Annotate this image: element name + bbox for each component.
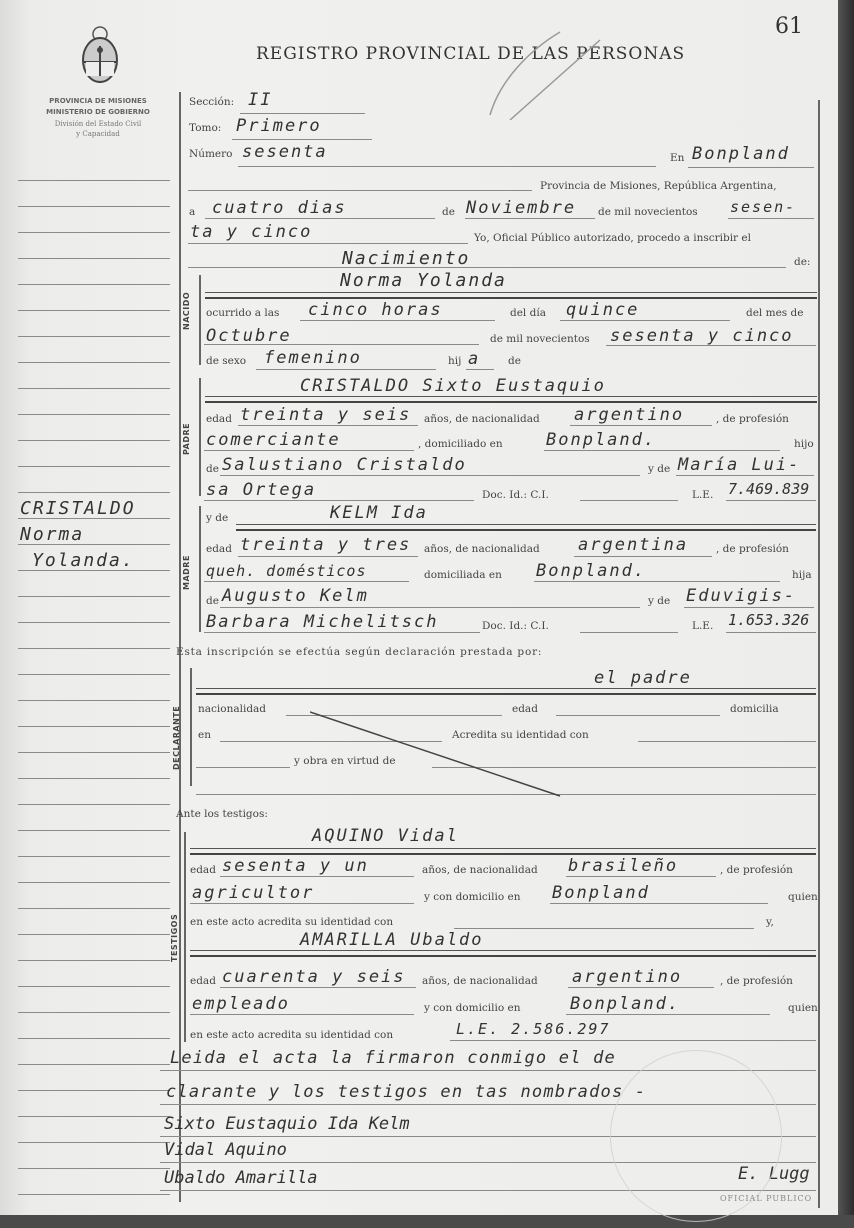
padre-edad-value: treinta y seis — [240, 405, 411, 425]
ocurrido-label: ocurrido a las — [206, 307, 279, 319]
nacido-anio-value: sesenta y cinco — [610, 326, 794, 346]
margin-rule — [18, 960, 170, 961]
margin-note-name2: Yolanda. — [32, 550, 135, 571]
madre-y-de-label-2: y de — [648, 595, 670, 607]
testigo2-edad-value: cuarenta y seis — [222, 967, 406, 987]
signature-testigo-1: Vidal Aquino — [164, 1140, 287, 1160]
document-title: REGISTRO PROVINCIAL DE LAS PERSONAS — [256, 44, 685, 64]
padre-le-label: L.E. — [692, 489, 713, 501]
testigo1-anios-label: años, de nacionalidad — [422, 864, 538, 876]
testigo2-nacionalidad-value: argentino — [572, 967, 682, 987]
padre-domicilio-value: Bonpland. — [546, 430, 656, 450]
testigo1-edad-label: edad — [190, 864, 216, 876]
margin-rule — [18, 336, 170, 337]
margin-note-name1: Norma — [20, 524, 84, 545]
margin-rule — [18, 440, 170, 441]
declarante-domicilia-label: domicilia — [730, 703, 779, 715]
fecha-dia-value: cuatro dias — [212, 198, 347, 218]
coat-of-arms-icon — [76, 24, 124, 86]
testigo1-nombre: AQUINO Vidal — [312, 826, 459, 846]
nacido-nombre: Norma Yolanda — [340, 270, 507, 291]
book-spine-edge — [838, 0, 854, 1228]
signature-testigo-2: Ubaldo Amarilla — [164, 1168, 318, 1188]
margin-rule — [18, 596, 170, 597]
padre-madre-nombre-1: María Lui- — [678, 455, 800, 475]
tomo-value: Primero — [236, 116, 322, 136]
margin-rule — [18, 622, 170, 623]
oficial-text: Yo, Oficial Público autorizado, procedo … — [474, 232, 751, 244]
madre-profesion-value: queh. domésticos — [206, 562, 367, 580]
margin-rule — [18, 882, 170, 883]
section-testigos-label: TESTIGOS — [170, 914, 179, 962]
nacido-mes-value: Octubre — [206, 326, 292, 346]
sexo-value: femenino — [264, 348, 362, 368]
nacido-dia-value: quince — [566, 300, 639, 320]
margin-rule — [18, 1012, 170, 1013]
hij-value: a — [468, 349, 480, 369]
de-colon: de: — [794, 256, 810, 268]
del-mes-label: del mes de — [746, 307, 803, 319]
padre-nacionalidad-value: argentino — [574, 405, 684, 425]
margin-rule — [18, 492, 170, 493]
fecha-anio-value-1: sesen- — [730, 198, 796, 216]
madre-profesion-label: , de profesión — [716, 543, 789, 555]
section-padre-label: PADRE — [182, 423, 191, 455]
margin-rule — [18, 206, 170, 207]
testigo1-domicilio-value: Bonpland — [552, 883, 650, 903]
declarante-strike-line — [310, 710, 570, 800]
section-declarante-label: DECLARANTE — [172, 706, 181, 770]
seccion-label: Sección: — [189, 96, 234, 108]
testigo1-quien-label: quien — [788, 891, 818, 903]
padre-hijo-label: hijo — [794, 438, 814, 450]
sexo-label: de sexo — [206, 355, 246, 367]
testigo1-domicilio-label: y con domicilio en — [424, 891, 521, 903]
madre-domicilio-label: domiciliada en — [424, 569, 502, 581]
testigo2-domicilio-value: Bonpland. — [570, 994, 680, 1014]
testigo2-profesion-label: , de profesión — [720, 975, 793, 987]
margin-rule — [18, 1090, 170, 1091]
acto-value: Nacimiento — [342, 248, 470, 269]
margin-rule — [18, 726, 170, 727]
seccion-value: II — [248, 90, 272, 110]
padre-padre-nombre: Salustiano Cristaldo — [222, 455, 467, 475]
testigo1-profesion-label: , de profesión — [720, 864, 793, 876]
testigo1-acredita-label: en este acto acredita su identidad con — [190, 916, 393, 928]
margin-rule — [18, 700, 170, 701]
mil-novecientos-text: de mil novecientos — [598, 206, 698, 218]
numero-label: Número — [189, 148, 232, 160]
margin-province: PROVINCIA DE MISIONES — [18, 96, 178, 107]
closing-line-1: Leida el acta la firmaron conmigo el de — [170, 1048, 616, 1068]
declarante-nombre: el padre — [594, 668, 692, 688]
padre-domicilio-label: , domiciliado en — [418, 438, 503, 450]
madre-anios-label: años, de nacionalidad — [424, 543, 540, 555]
margin-rule — [18, 908, 170, 909]
testigo1-profesion-value: agricultor — [192, 883, 314, 903]
margin-rule — [18, 1064, 170, 1065]
padre-nombre: CRISTALDO Sixto Eustaquio — [300, 376, 606, 396]
madre-edad-value: treinta y tres — [240, 535, 411, 555]
en-value: Bonpland — [692, 144, 790, 164]
margin-note-surname: CRISTALDO — [20, 498, 136, 519]
margin-division: División del Estado Civil — [18, 119, 178, 129]
declarante-en-label: en — [198, 729, 211, 741]
closing-line-2: clarante y los testigos en tas nombrados… — [166, 1082, 646, 1102]
nacido-hora-value: cinco horas — [308, 300, 443, 320]
margin-rule — [18, 986, 170, 987]
margin-rule — [18, 362, 170, 363]
margin-rule — [18, 934, 170, 935]
a-label: a — [189, 206, 195, 218]
madre-hija-label: hija — [792, 569, 812, 581]
tomo-label: Tomo: — [189, 122, 221, 134]
testigo1-nacionalidad-value: brasileño — [568, 856, 678, 876]
margin-rule — [18, 1116, 170, 1117]
page-bottom-shadow — [0, 1215, 854, 1228]
margin-ministry: MINISTERIO DE GOBIERNO — [18, 107, 178, 118]
padre-y-de-label: y de — [648, 463, 670, 475]
numero-value: sesenta — [242, 142, 328, 162]
madre-doc-label: Doc. Id.: C.I. — [482, 620, 549, 632]
page-number: 61 — [775, 14, 803, 39]
padre-edad-label: edad — [206, 413, 232, 425]
margin-rule — [18, 310, 170, 311]
madre-le-label: L.E. — [692, 620, 713, 632]
padre-le-value: 7.469.839 — [728, 480, 809, 498]
margin-rule — [18, 284, 170, 285]
padre-profesion-value: comerciante — [206, 430, 341, 450]
madre-padre-nombre: Augusto Kelm — [222, 586, 369, 606]
margin-rule — [18, 232, 170, 233]
madre-domicilio-value: Bonpland. — [536, 561, 646, 581]
padre-de-label: de — [206, 463, 219, 475]
margin-rule — [18, 856, 170, 857]
madre-de-label: de — [206, 595, 219, 607]
margin-rule — [18, 674, 170, 675]
provincia-text: Provincia de Misiones, República Argenti… — [540, 180, 777, 192]
testigo2-acredita-value: L.E. 2.586.297 — [456, 1020, 610, 1038]
signature-padre-madre: Sixto Eustaquio Ida Kelm — [164, 1114, 410, 1134]
section-madre-label: MADRE — [182, 555, 191, 590]
margin-rule — [18, 1168, 170, 1169]
margin-rule — [18, 388, 170, 389]
madre-nacionalidad-value: argentina — [578, 535, 688, 555]
madre-le-value: 1.653.326 — [728, 611, 809, 629]
testigo2-anios-label: años, de nacionalidad — [422, 975, 538, 987]
testigo2-nombre: AMARILLA Ubaldo — [300, 930, 484, 950]
margin-rule — [18, 778, 170, 779]
testigo2-edad-label: edad — [190, 975, 216, 987]
testigo1-edad-value: sesenta y un — [222, 856, 369, 876]
testigo2-acredita-label: en este acto acredita su identidad con — [190, 1029, 393, 1041]
testigos-intro: Ante los testigos: — [176, 808, 268, 820]
margin-rule — [18, 804, 170, 805]
de-label: de — [442, 206, 455, 218]
margin-rule — [18, 466, 170, 467]
margin-rule — [18, 414, 170, 415]
madre-nombre: KELM Ida — [330, 503, 428, 523]
section-nacido-label: NACIDO — [182, 292, 191, 330]
fecha-anio-value-2: ta y cinco — [190, 222, 312, 242]
margin-rule — [18, 648, 170, 649]
madre-edad-label: edad — [206, 543, 232, 555]
madre-y-de-label: y de — [206, 512, 228, 524]
testigo2-profesion-value: empleado — [192, 994, 290, 1014]
madre-madre-nombre-1: Eduvigis- — [686, 586, 796, 606]
testigo2-domicilio-label: y con domicilio en — [424, 1002, 521, 1014]
margin-rule — [18, 180, 170, 181]
margin-rule — [18, 752, 170, 753]
hij-label: hij — [448, 355, 461, 367]
margin-rule — [18, 1142, 170, 1143]
padre-anios-label: años, de nacionalidad — [424, 413, 540, 425]
margin-rule — [18, 1038, 170, 1039]
declarante-intro: Esta inscripción se efectúa según declar… — [176, 646, 542, 658]
fecha-mes-value: Noviembre — [466, 198, 576, 218]
padre-doc-label: Doc. Id.: C.I. — [482, 489, 549, 501]
madre-madre-nombre-2: Barbara Michelitsch — [206, 612, 438, 632]
margin-signature-annotation — [480, 20, 620, 120]
nacido-mil-label: de mil novecientos — [490, 333, 590, 345]
padre-madre-nombre-2: sa Ortega — [206, 480, 316, 500]
del-dia-label: del día — [510, 307, 546, 319]
margin-rule — [18, 1194, 170, 1195]
testigo2-quien-label: quien — [788, 1002, 818, 1014]
stamp-text: OFICIAL PUBLICO — [720, 1194, 812, 1203]
margin-rule — [18, 258, 170, 259]
margin-rule — [18, 830, 170, 831]
hij-de-label: de — [508, 355, 521, 367]
testigo1-y-label: y, — [766, 916, 774, 928]
en-label: En — [670, 152, 684, 164]
declarante-nacionalidad-label: nacionalidad — [198, 703, 266, 715]
padre-profesion-label: , de profesión — [716, 413, 789, 425]
margin-capacity: y Capacidad — [18, 129, 178, 139]
right-border — [818, 100, 820, 1208]
